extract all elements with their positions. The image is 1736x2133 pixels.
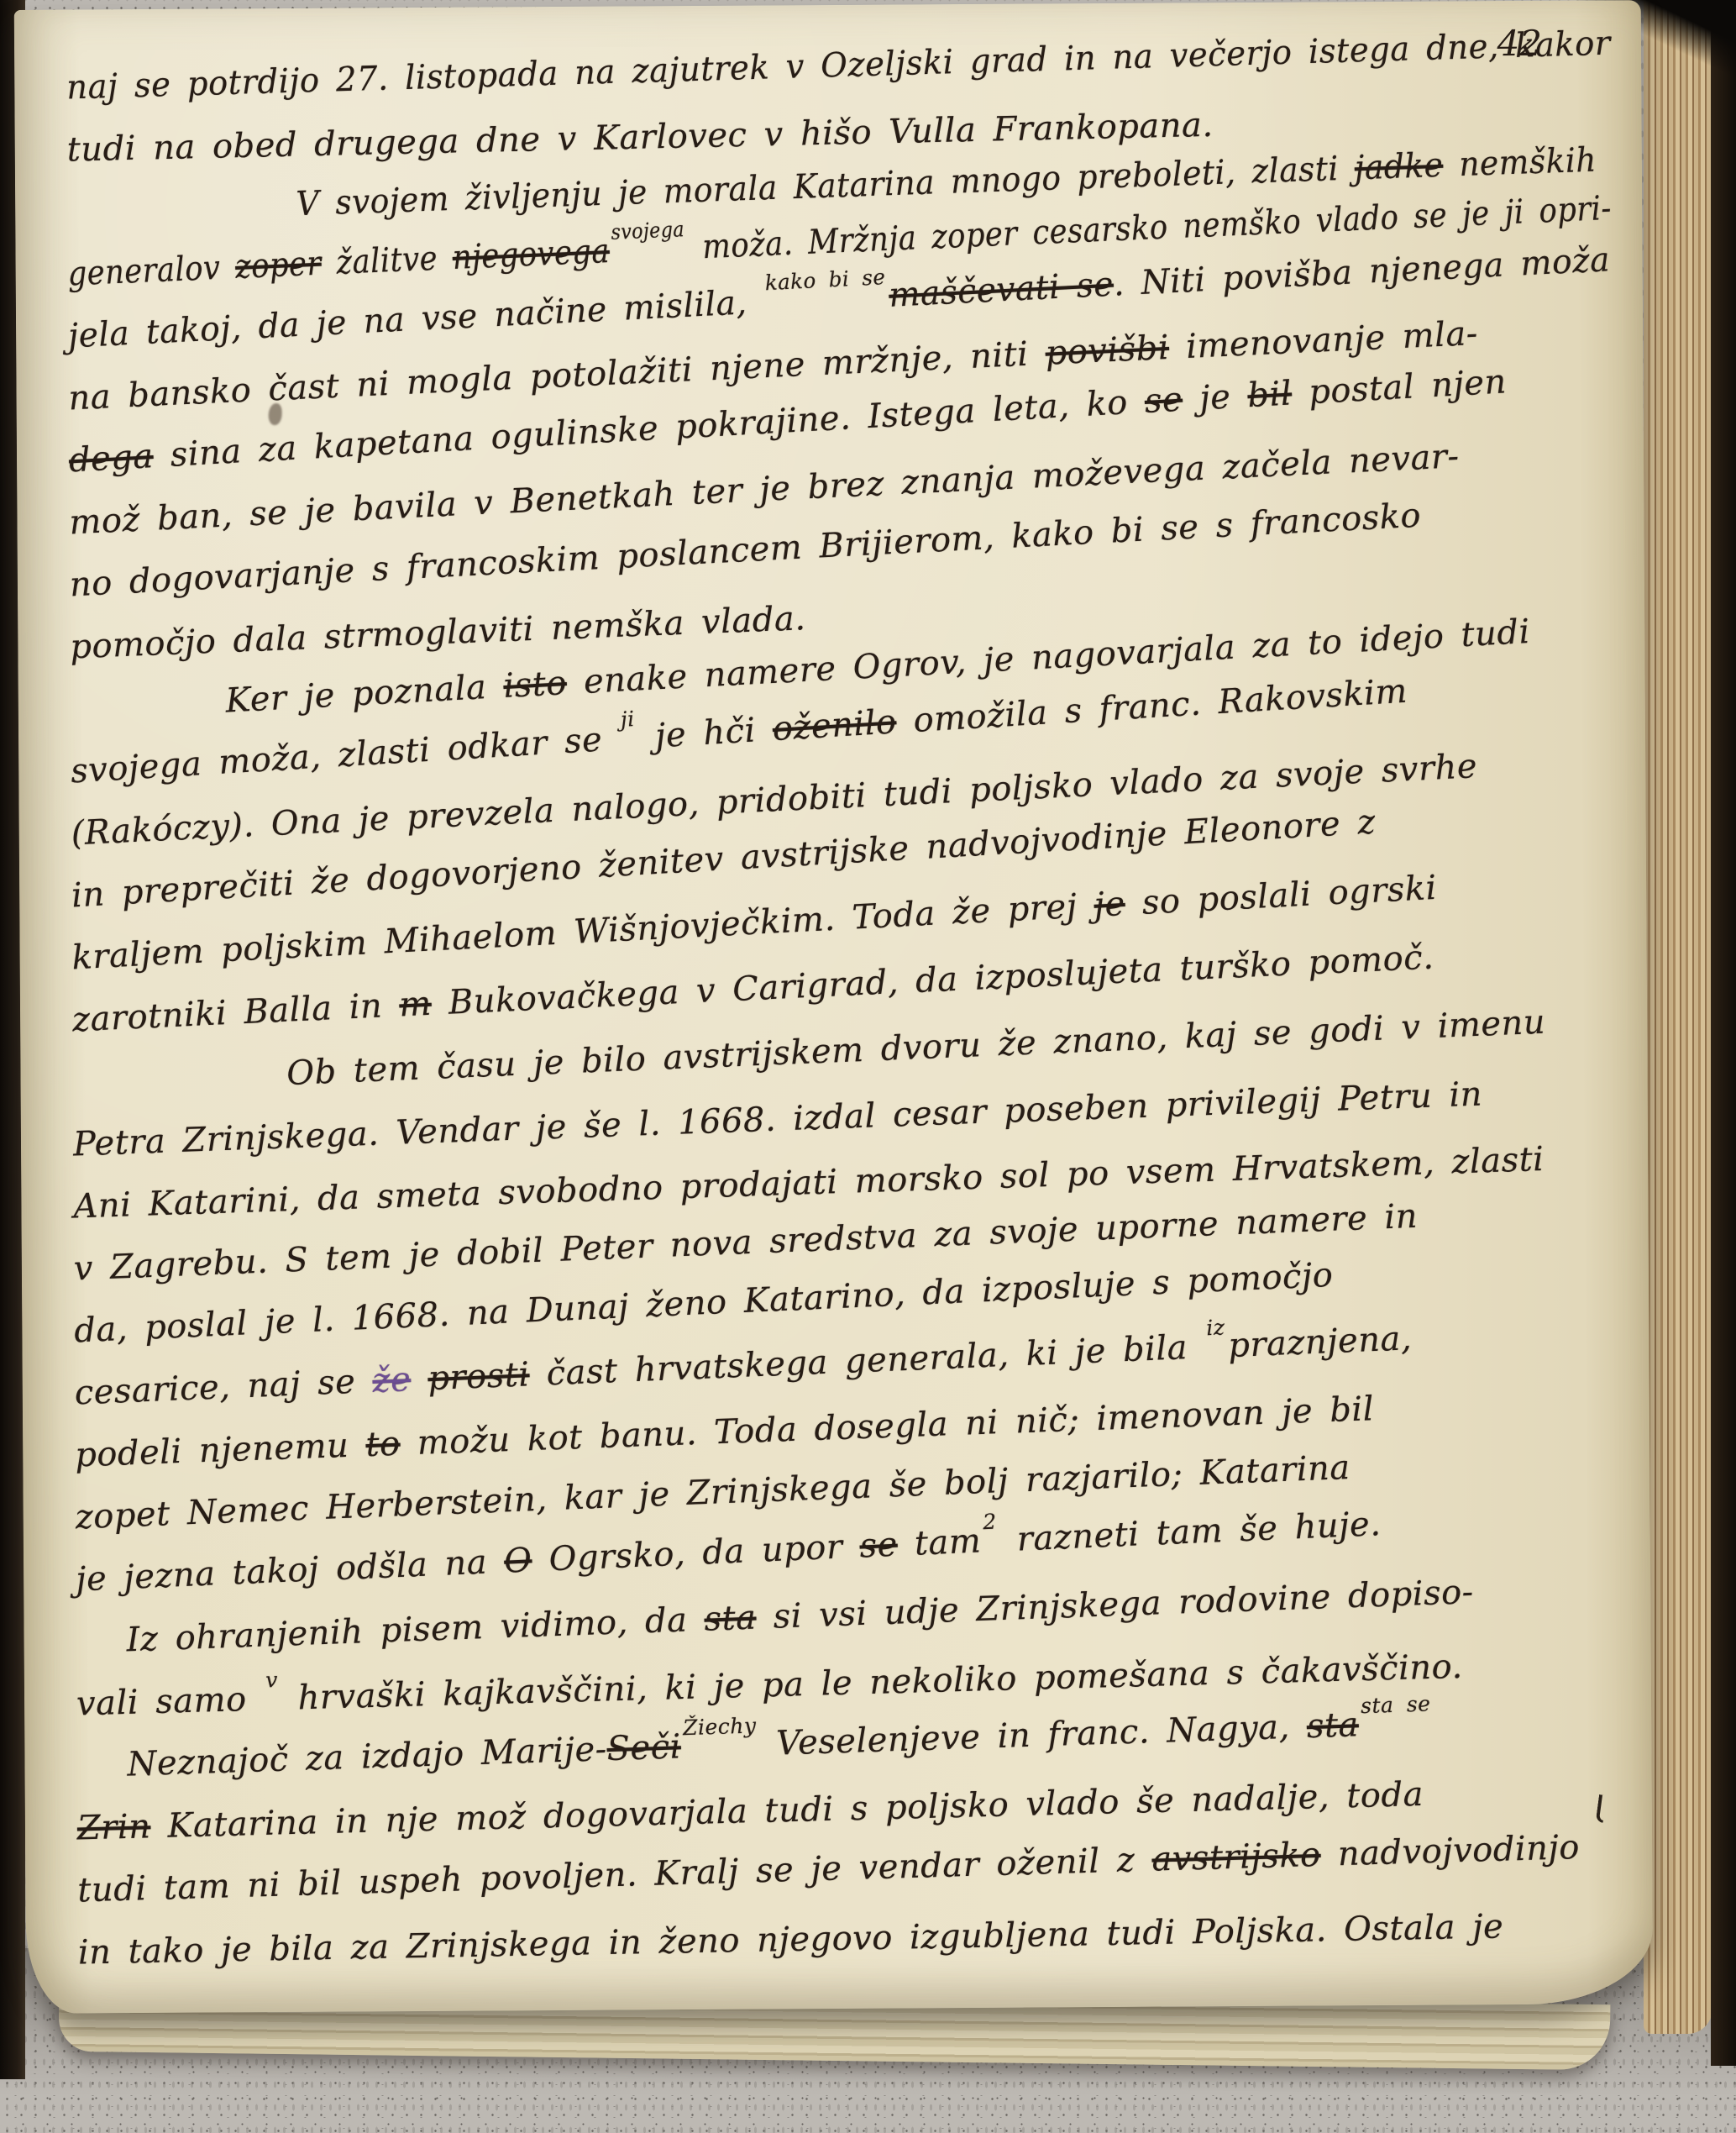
crossed-out-word: že: [372, 1360, 412, 1400]
book-cover-right-edge: [1711, 0, 1736, 2066]
crossed-out-word: oženilo: [771, 702, 897, 749]
handwritten-text: . Niti povišba njenega moža: [1113, 240, 1611, 303]
handwritten-text: je hči: [637, 710, 774, 757]
crossed-out-word: je: [1093, 885, 1125, 925]
inserted-word: Žiechy: [683, 1726, 756, 1728]
handwritten-text: in tako je bila za Zrinjskega in ženo nj…: [77, 1907, 1503, 1972]
crossed-out-word: Seči: [606, 1727, 682, 1768]
handwritten-text: nadvojvodinjo: [1320, 1828, 1581, 1874]
inserted-word: svojega: [611, 229, 684, 233]
handwritten-text: Veselenjeve in franc. Nagya,: [758, 1707, 1307, 1763]
crossed-out-word: sta: [704, 1599, 758, 1639]
handwritten-text: postal njen: [1291, 362, 1508, 412]
crossed-out-word: maščevati se: [888, 265, 1115, 315]
inserted-word: kako bi se: [765, 277, 886, 283]
handwritten-text: žalitve: [321, 239, 454, 283]
handwritten-text: vali samo: [76, 1680, 264, 1724]
crossed-out-word: dega: [68, 437, 155, 480]
handwritten-text: nemških: [1442, 141, 1597, 185]
crossed-out-word: povišbi: [1045, 328, 1170, 373]
handwritten-text: Ogrsko, da upor: [531, 1527, 860, 1580]
crossed-out-word: se: [1144, 381, 1184, 421]
manuscript-page: 42 naj se potrdijo 27. listopada na zaju…: [14, 0, 1654, 2014]
handwritten-text: Neznajoč za izdajo Marije-: [127, 1730, 608, 1784]
crossed-out-word: avstrijsko: [1151, 1836, 1321, 1879]
crossed-out-word: jadke: [1354, 146, 1444, 188]
crossed-out-word: njegovega: [452, 232, 611, 277]
crossed-out-word: m: [398, 985, 433, 1025]
manuscript-text: naj se potrdijo 27. listopada na zajutre…: [66, 47, 1623, 2013]
crossed-out-word: isto: [502, 664, 568, 706]
crossed-out-word: to: [365, 1425, 401, 1464]
handwritten-text: cesarice, naj se: [74, 1362, 374, 1413]
handwritten-text: Ker je poznala: [224, 667, 504, 721]
inserted-word: sta se: [1361, 1704, 1430, 1706]
crossed-out-word: se: [859, 1526, 899, 1566]
handwritten-text: zarotniki Balla in: [71, 986, 400, 1040]
inserted-word: 2: [983, 1522, 996, 1523]
handwritten-text: čast hrvatskega generala, ki je bila: [529, 1327, 1206, 1394]
handwritten-text: generalov: [67, 248, 236, 293]
handwritten-text: si vsi udje Zrinjskega rodovine dopiso-: [756, 1573, 1475, 1637]
handwritten-text: je jezna takoj odšla na: [75, 1542, 505, 1600]
handwritten-text: tam: [897, 1521, 982, 1563]
page-stack-edges: [1644, 0, 1712, 2034]
crossed-out-word: O: [503, 1541, 532, 1580]
crossed-out-word: zoper: [234, 244, 322, 286]
handwritten-text: [410, 1359, 428, 1399]
crossed-out-word: bil: [1246, 374, 1293, 415]
inserted-word: iz: [1206, 1327, 1225, 1328]
manuscript-photo: 42 naj se potrdijo 27. listopada na zaju…: [0, 0, 1736, 2133]
handwritten-text: je: [1182, 376, 1249, 418]
handwritten-text: razneti tam še huje.: [999, 1505, 1382, 1559]
crossed-out-word: prosti: [427, 1355, 530, 1398]
handwritten-text: Iz ohranjenih pisem vidimo, da: [126, 1600, 705, 1660]
crossed-out-word: Zrin: [76, 1807, 151, 1847]
inserted-word: ji: [621, 719, 635, 720]
handwritten-text: praznjena,: [1227, 1319, 1413, 1365]
handwritten-text: so poslali ogrski: [1124, 869, 1437, 923]
crossed-out-word: sta: [1306, 1705, 1359, 1746]
handwritten-text: podeli njenemu: [74, 1426, 366, 1474]
